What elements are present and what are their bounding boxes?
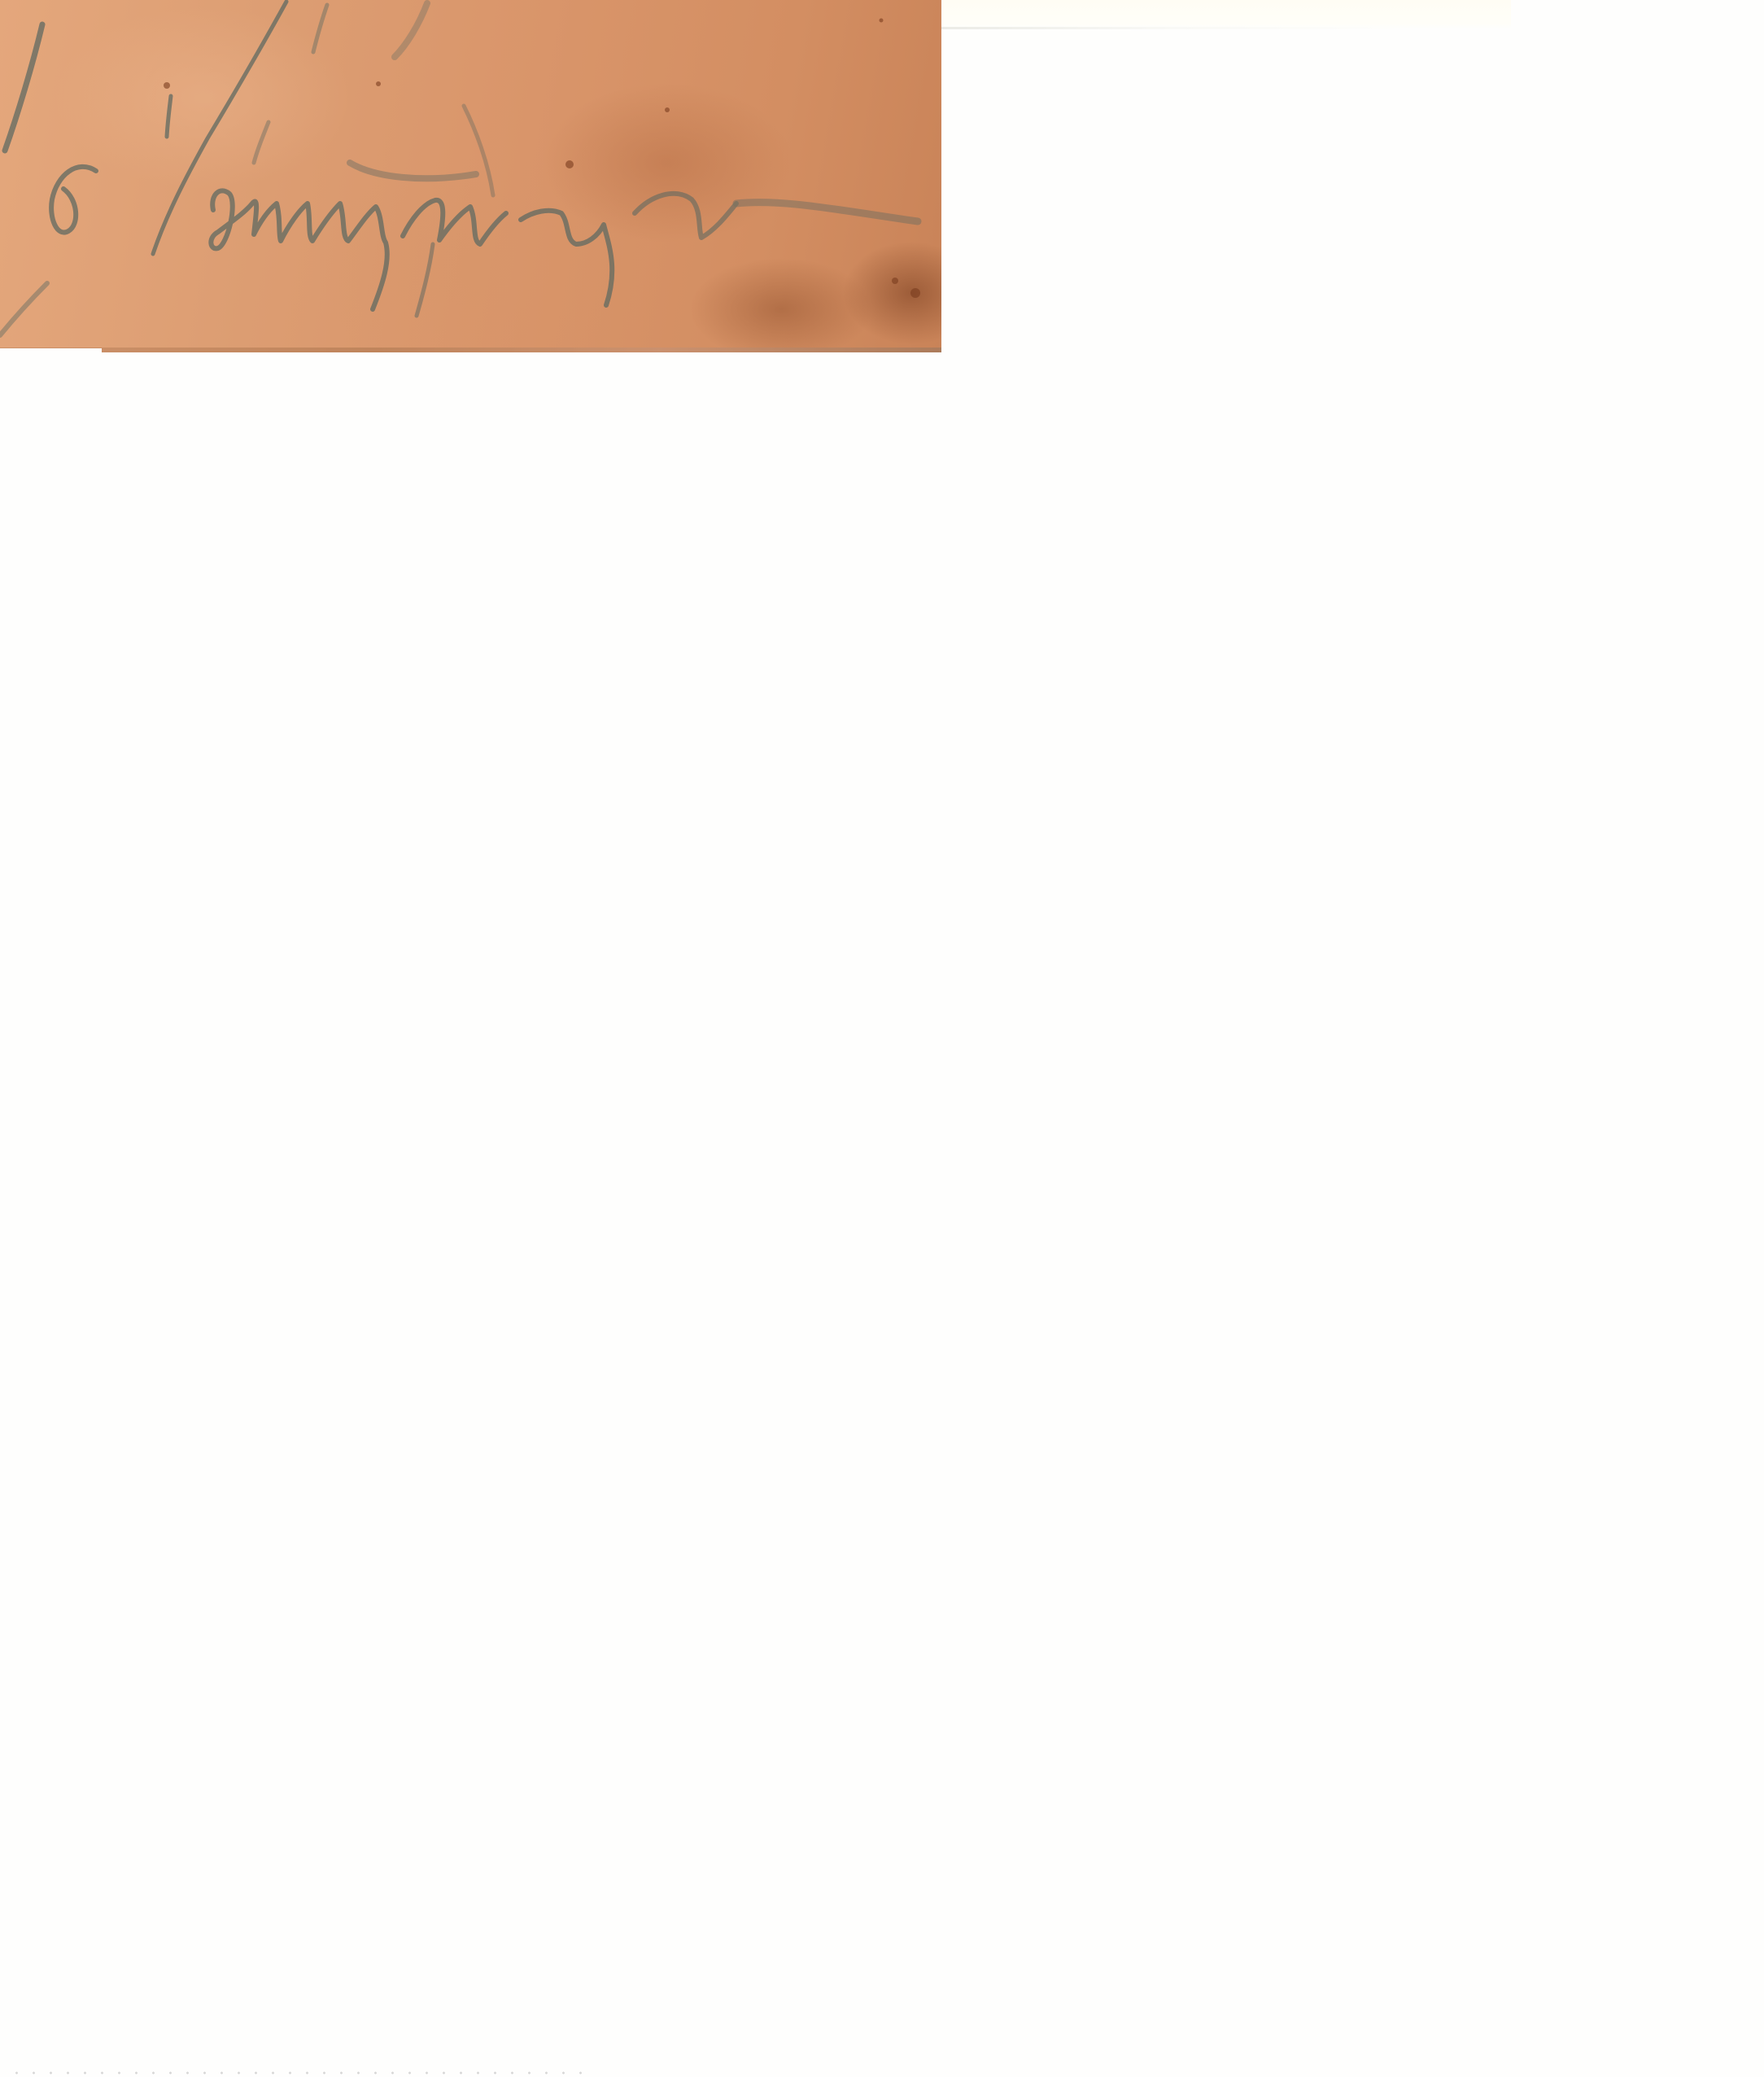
scan-edge-strip xyxy=(941,0,1511,29)
scan-edge-line xyxy=(941,27,1397,29)
scan-bottom-artifact xyxy=(8,2071,594,2075)
paper-fragment: Ramjbary xyxy=(0,0,941,352)
signature-image xyxy=(0,0,941,352)
fragment-torn-edge xyxy=(0,348,102,355)
